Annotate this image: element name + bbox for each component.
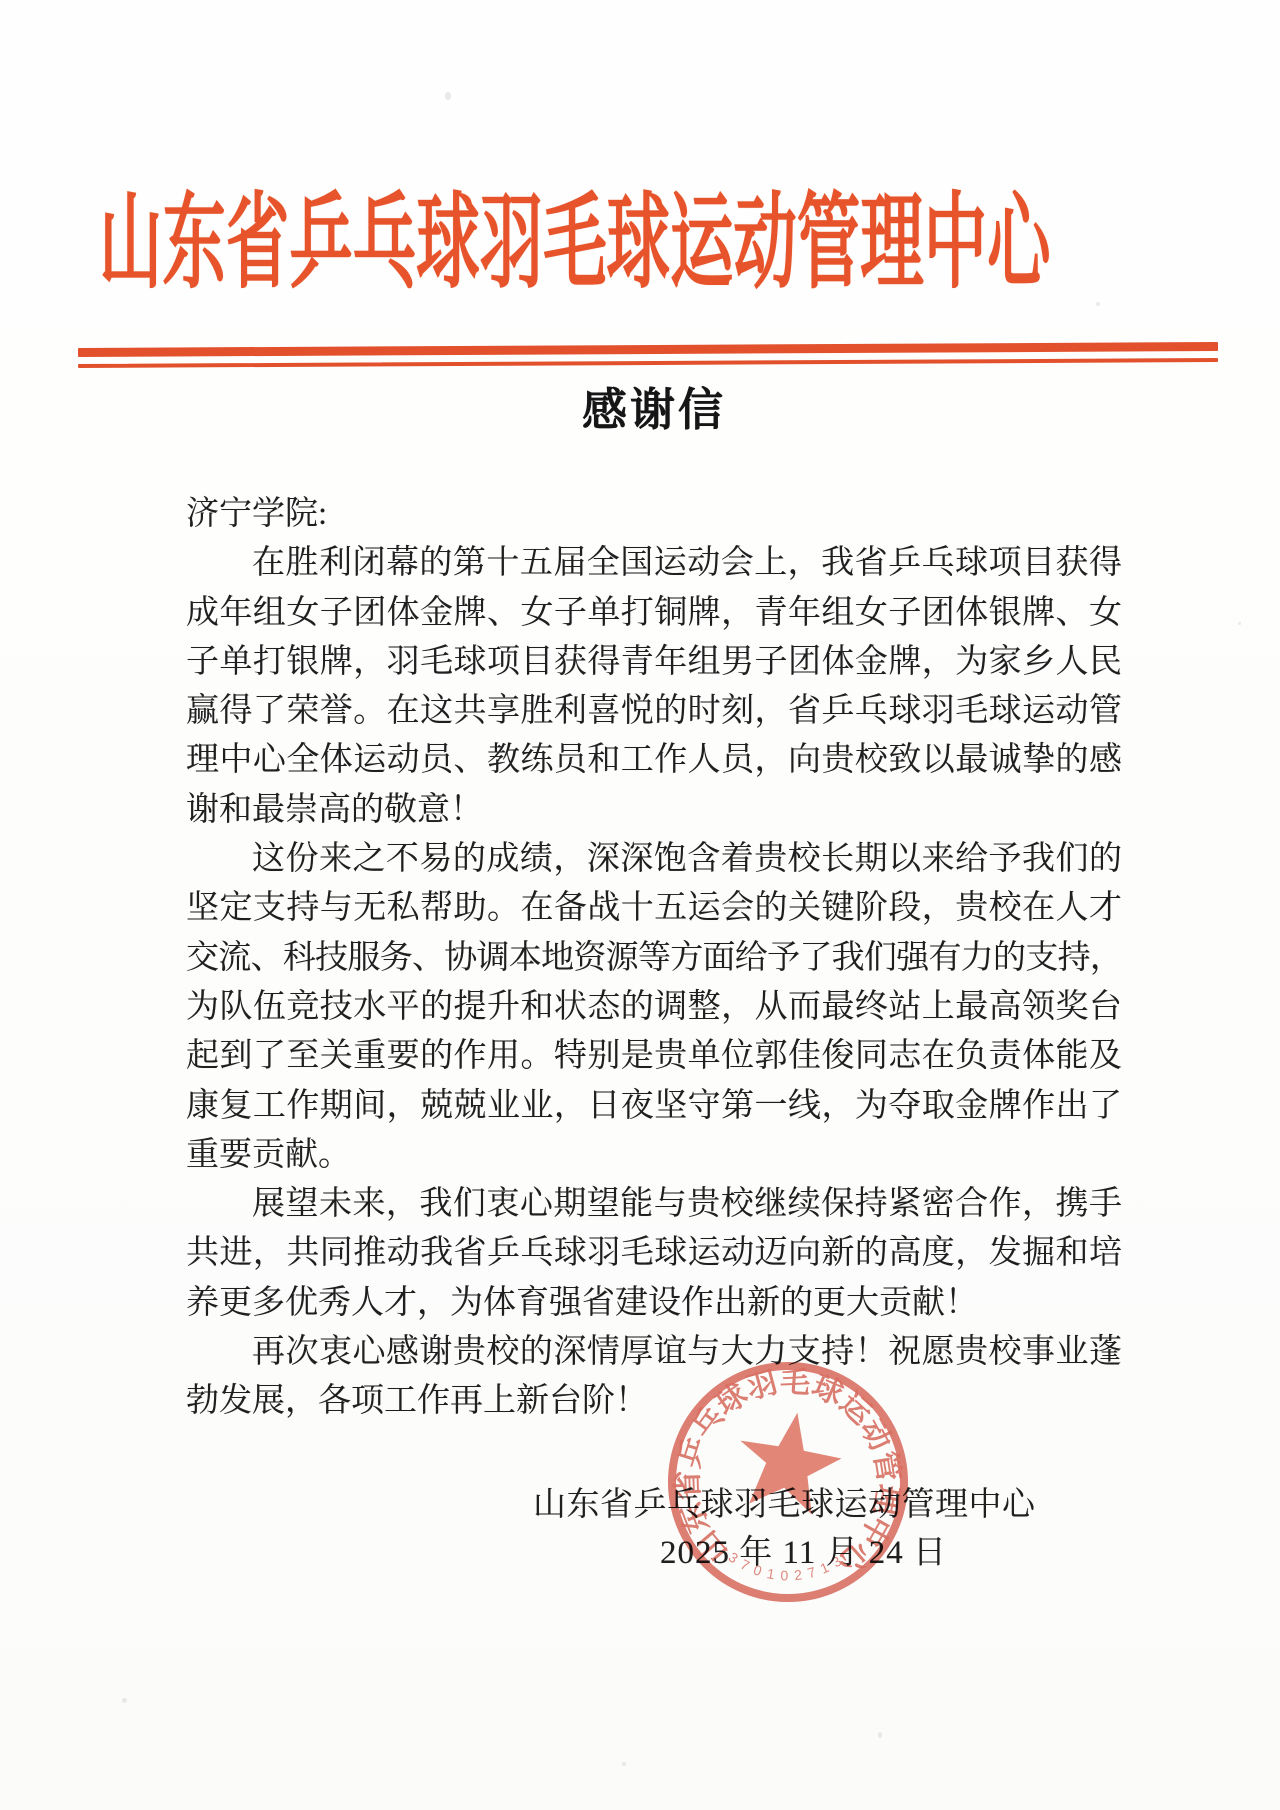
letter-body-line: 养更多优秀人才，为体育强省建设作出新的更大贡献！ bbox=[186, 1279, 1122, 1328]
seal-code-digits: 370102713 bbox=[726, 1549, 847, 1584]
letterhead-rule-thick bbox=[78, 342, 1218, 357]
letter-body-line: 共进，共同推动我省乒乓球羽毛球运动迈向新的高度，发掘和培 bbox=[186, 1229, 1122, 1278]
letter-body-line: 再次衷心感谢贵校的深情厚谊与大力支持！祝愿贵校事业蓬 bbox=[186, 1328, 1122, 1377]
letter-body-line: 勃发展，各项工作再上新台阶！ bbox=[186, 1377, 1122, 1426]
letter-body-line: 起到了至关重要的作用。特别是贵单位郭佳俊同志在负责体能及 bbox=[186, 1032, 1122, 1081]
letterhead-org-title: 山东省乒乓球羽毛球运动管理中心 bbox=[99, 188, 1280, 300]
letter-body-line: 谢和最崇高的敬意！ bbox=[186, 786, 1122, 835]
letter-body-line: 成年组女子团体金牌、女子单打铜牌，青年组女子团体银牌、女 bbox=[186, 589, 1122, 638]
seal-star-icon bbox=[740, 1413, 841, 1515]
letter-body-line: 重要贡献。 bbox=[186, 1131, 1122, 1180]
scan-speck bbox=[445, 92, 451, 100]
scan-speck bbox=[878, 1732, 882, 1738]
letter-body-line: 坚定支持与无私帮助。在备战十五运会的关键阶段，贵校在人才 bbox=[186, 884, 1122, 933]
letter-body-line: 交流、科技服务、协调本地资源等方面给予了我们强有力的支持， bbox=[186, 934, 1122, 983]
letter-body-line: 展望未来，我们衷心期望能与贵校继续保持紧密合作，携手 bbox=[186, 1180, 1122, 1229]
letter-body-line: 子单打银牌，羽毛球项目获得青年组男子团体金牌，为家乡人民 bbox=[186, 638, 1122, 687]
letter-body-line: 康复工作期间，兢兢业业，日夜坚守第一线，为夺取金牌作出了 bbox=[186, 1082, 1122, 1131]
letter-body: 济宁学院:在胜利闭幕的第十五届全国运动会上，我省乒乓球项目获得成年组女子团体金牌… bbox=[186, 490, 1122, 1427]
letterhead-org-title-text: 山东省乒乓球羽毛球运动管理中心 bbox=[99, 188, 1051, 300]
letter-title: 感谢信 bbox=[582, 385, 726, 435]
scan-speck bbox=[1096, 302, 1100, 306]
letter-body-line: 赢得了荣誉。在这共享胜利喜悦的时刻，省乒乓球羽毛球运动管 bbox=[186, 687, 1122, 736]
letter-body-line: 在胜利闭幕的第十五届全国运动会上，我省乒乓球项目获得 bbox=[186, 539, 1122, 588]
scan-speck bbox=[1238, 622, 1241, 625]
letter-body-line: 济宁学院: bbox=[186, 490, 1122, 539]
svg-text:370102713: 370102713 bbox=[726, 1549, 847, 1584]
letterhead-rule-thin bbox=[78, 358, 1218, 368]
scan-speck bbox=[622, 1762, 626, 1766]
letter-body-line: 理中心全体运动员、教练员和工作人员，向贵校致以最诚挚的感 bbox=[186, 736, 1122, 785]
letter-page: 山东省乒乓球羽毛球运动管理中心 感谢信 济宁学院:在胜利闭幕的第十五届全国运动会… bbox=[0, 0, 1280, 1810]
letter-body-line: 为队伍竞技水平的提升和状态的调整，从而最终站上最高领奖台 bbox=[186, 983, 1122, 1032]
scan-speck bbox=[122, 1698, 127, 1703]
letter-body-line: 这份来之不易的成绩，深深饱含着贵校长期以来给予我们的 bbox=[186, 835, 1122, 884]
official-seal-stamp: 山东省乒乓球羽毛球运动管理中心 370102713 bbox=[663, 1357, 913, 1607]
